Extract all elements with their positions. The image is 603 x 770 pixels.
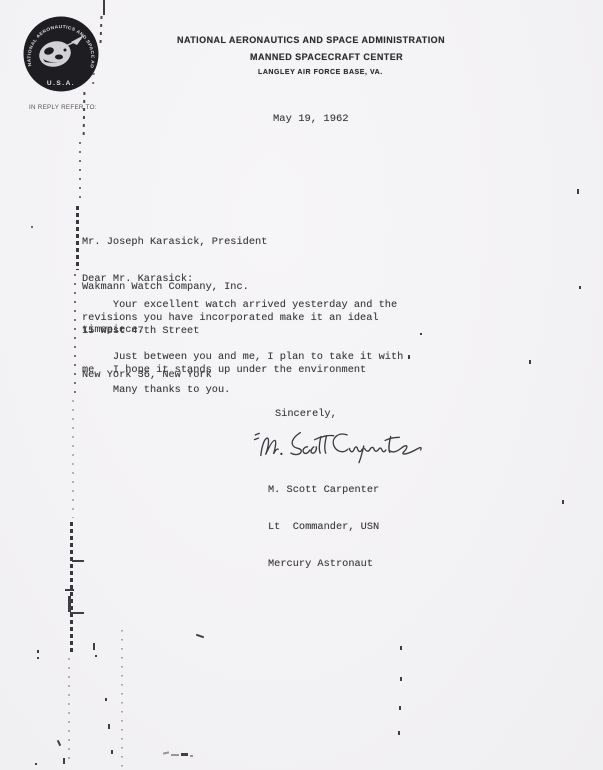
scan-artifact (163, 751, 169, 754)
scan-artifact (181, 753, 188, 756)
seal-usa-text: U.S.A. (47, 80, 75, 87)
scan-artifact (31, 226, 33, 228)
scan-artifact (83, 92, 86, 138)
scan-artifact (95, 655, 97, 657)
scan-artifact (68, 658, 70, 766)
scan-artifact (579, 286, 581, 289)
scan-artifact (72, 560, 84, 562)
scan-artifact (35, 763, 37, 765)
scan-artifact (93, 643, 95, 650)
body-paragraph: Just between you and me, I plan to take … (82, 351, 403, 376)
scan-artifact (529, 360, 531, 364)
scan-artifact (121, 630, 123, 770)
letterhead-base: LANGLEY AIR FORCE BASE, VA. (258, 69, 383, 76)
scan-artifact (111, 750, 113, 754)
salutation: Dear Mr. Karasick: (82, 273, 193, 286)
signer-name: M. Scott Carpenter (268, 484, 379, 496)
scan-artifact (577, 189, 579, 194)
nasa-seal-icon: NATIONAL AERONAUTICS AND SPACE ADMINISTR… (21, 14, 101, 94)
scan-artifact (108, 724, 110, 729)
scan-artifact (76, 206, 79, 270)
scan-artifact (171, 754, 179, 756)
scan-artifact (79, 142, 81, 204)
letterhead-agency: NATIONAL AERONAUTICS AND SPACE ADMINISTR… (177, 35, 445, 45)
scan-artifact (196, 634, 204, 639)
scan-artifact (562, 500, 564, 504)
body-paragraph: Your excellent watch arrived yesterday a… (82, 299, 397, 337)
scanned-letter-page: NATIONAL AERONAUTICS AND SPACE ADMINISTR… (0, 0, 603, 770)
scan-artifact (400, 677, 402, 681)
scan-artifact (399, 706, 401, 710)
letterhead-center: MANNED SPACECRAFT CENTER (250, 52, 403, 62)
scan-artifact (74, 274, 76, 396)
scan-artifact (37, 650, 39, 653)
scan-artifact (72, 400, 74, 518)
reply-refer-label: IN REPLY REFER TO: (29, 104, 97, 111)
scan-artifact (68, 596, 71, 612)
scan-artifact (37, 657, 39, 659)
signer-title: Mercury Astronaut (268, 558, 379, 570)
date-line: May 19, 1962 (273, 113, 349, 126)
scan-artifact (100, 16, 103, 44)
scan-artifact (57, 740, 61, 746)
signer-rank: Lt Commander, USN (268, 521, 379, 533)
scan-artifact (408, 355, 410, 359)
scan-artifact (63, 758, 65, 764)
scan-artifact (70, 522, 73, 654)
signature-block: M. Scott Carpenter Lt Commander, USN Mer… (268, 459, 379, 595)
scan-artifact (103, 0, 105, 15)
scan-artifact (65, 589, 74, 591)
scan-artifact (70, 612, 84, 614)
scan-artifact (400, 646, 402, 650)
scan-artifact (190, 755, 193, 757)
scan-artifact (420, 333, 422, 335)
recipient-name: Mr. Joseph Karasick, President (82, 235, 267, 250)
scan-artifact (398, 731, 400, 735)
body-paragraph: Many thanks to you. (82, 384, 230, 397)
scan-artifact (105, 698, 107, 701)
closing: Sincerely, (275, 408, 337, 421)
